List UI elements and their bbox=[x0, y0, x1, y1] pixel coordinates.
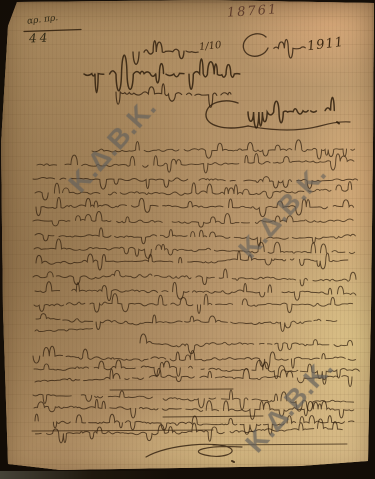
handwriting-ink bbox=[0, 0, 375, 479]
ink-stroke bbox=[33, 269, 356, 286]
ink-stroke bbox=[232, 461, 234, 462]
ink-stroke bbox=[206, 101, 248, 128]
scanned-letter-photo: Κ.Δ.Β.Κ. Κ.Δ.Β.Κ. Κ.Δ.Β.Κ. 18761 αρ. πρ.… bbox=[0, 0, 375, 479]
ink-stroke bbox=[213, 444, 347, 445]
letter-paper: Κ.Δ.Β.Κ. Κ.Δ.Β.Κ. Κ.Δ.Β.Κ. 18761 αρ. πρ.… bbox=[0, 0, 375, 479]
ink-stroke bbox=[34, 239, 355, 258]
ink-stroke bbox=[34, 294, 353, 314]
ink-stroke bbox=[35, 228, 355, 247]
ink-stroke bbox=[140, 334, 353, 354]
ink-stroke bbox=[274, 39, 306, 58]
ink-stroke bbox=[243, 34, 268, 57]
ink-stroke bbox=[163, 416, 263, 417]
ink-stroke bbox=[133, 41, 184, 65]
ink-stroke bbox=[248, 122, 350, 130]
ink-stroke bbox=[33, 211, 353, 227]
scan-surface-edge bbox=[0, 471, 170, 479]
ink-stroke bbox=[35, 329, 93, 332]
ink-stroke bbox=[36, 251, 353, 270]
ink-stroke bbox=[248, 97, 334, 128]
date-day-fraction: 1/10 bbox=[198, 40, 221, 53]
ink-stroke bbox=[337, 122, 339, 124]
ink-stroke bbox=[35, 282, 356, 301]
protocol-number: 44 bbox=[29, 30, 51, 45]
ink-stroke bbox=[146, 444, 242, 457]
ink-stroke bbox=[110, 389, 233, 390]
ink-stroke bbox=[186, 51, 198, 52]
ink-stroke bbox=[32, 430, 213, 431]
